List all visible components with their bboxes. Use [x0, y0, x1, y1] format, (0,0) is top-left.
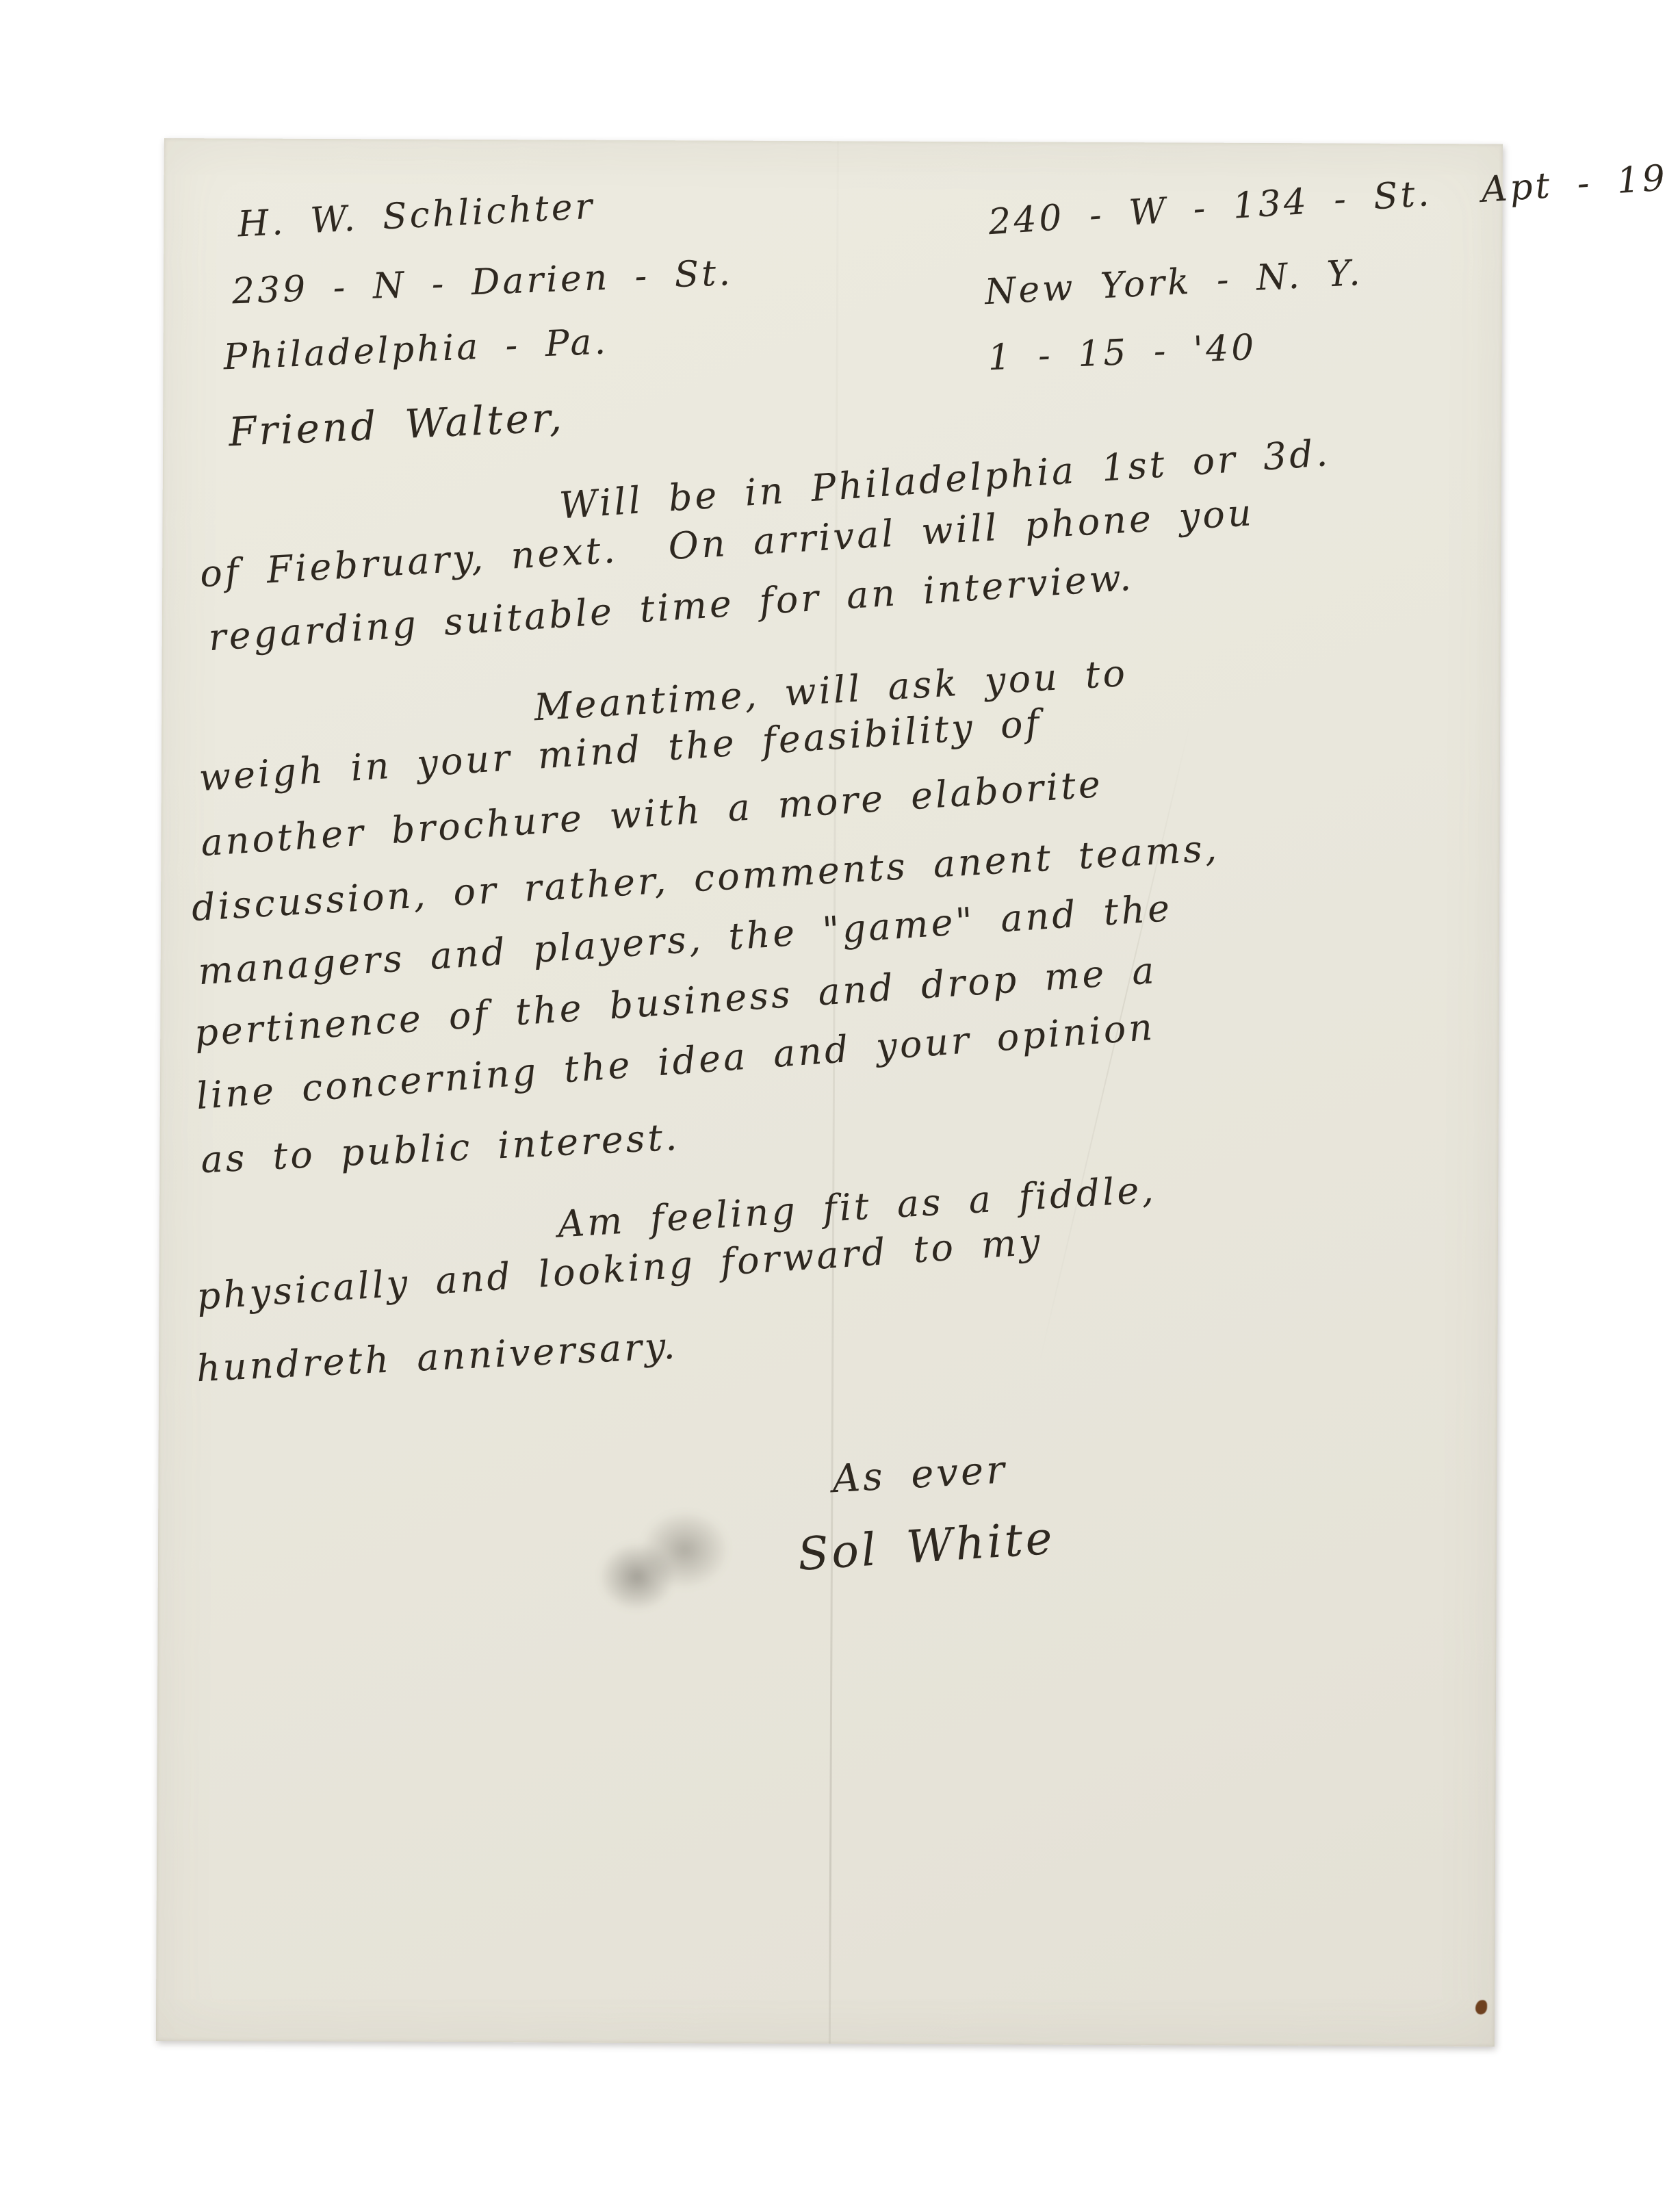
sender-street: 239 - N - Darien - St.: [231, 254, 734, 312]
writer-street-apartment: 240 - W - 134 - St. Apt - 19: [987, 159, 1669, 242]
ink-smudge: [596, 1506, 734, 1616]
sender-name: H. W. Schlichter: [237, 188, 596, 245]
writer-city: New York - N. Y.: [984, 254, 1364, 313]
body-line: hundreth anniversary.: [196, 1325, 679, 1389]
sender-city: Philadelphia - Pa.: [222, 322, 609, 377]
foxing-spot: [1475, 2000, 1487, 2014]
letter-paper: H. W. Schlichter 239 - N - Darien - St. …: [156, 138, 1503, 2047]
body-line: as to public interest.: [200, 1117, 680, 1181]
closing: As ever: [831, 1449, 1009, 1501]
letter-date: 1 - 15 - '40: [987, 328, 1257, 378]
salutation: Friend Walter,: [228, 396, 565, 455]
vertical-fold-crease: [829, 141, 839, 2044]
signature: Sol White: [797, 1514, 1057, 1580]
scan-background: H. W. Schlichter 239 - N - Darien - St. …: [0, 0, 1680, 2190]
